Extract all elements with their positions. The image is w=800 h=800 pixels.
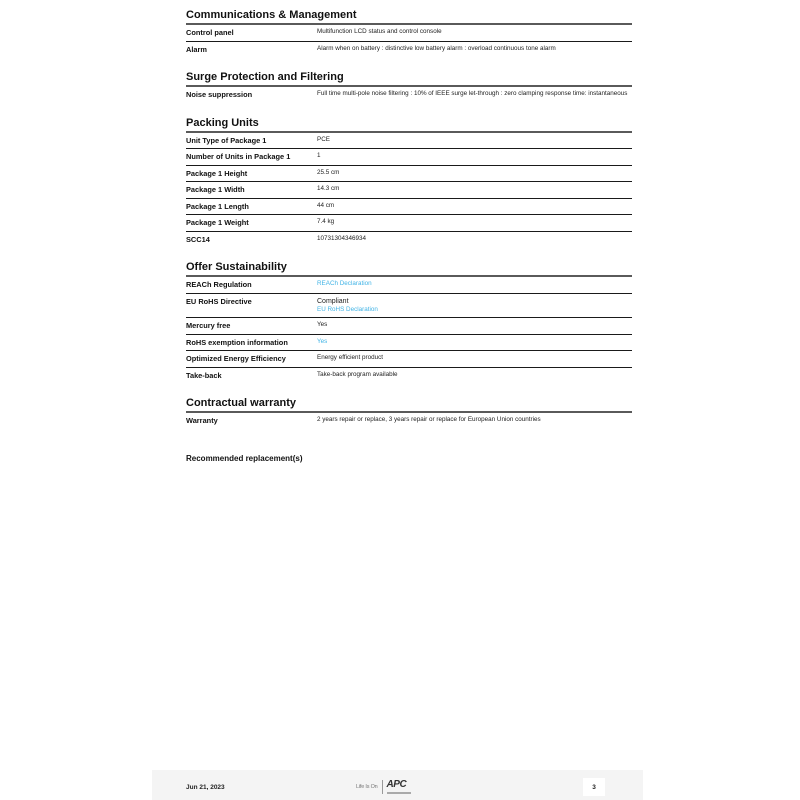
spec-value: Multifunction LCD status and control con… [317, 28, 632, 40]
section-title: Offer Sustainability [186, 261, 632, 277]
spec-label: EU RoHS Directive [186, 297, 317, 307]
spec-row-rohs-exemption: RoHS exemption information Yes [186, 335, 632, 352]
spec-row-package-weight: Package 1 Weight 7.4 kg [186, 215, 632, 232]
section-offer-sustainability: Offer Sustainability REACh Regulation RE… [186, 261, 632, 384]
section-surge-protection: Surge Protection and Filtering Noise sup… [186, 71, 632, 104]
spec-value: Yes [317, 338, 632, 350]
page-number: 3 [583, 778, 605, 796]
spec-label: Control panel [186, 28, 317, 38]
spec-row-warranty: Warranty 2 years repair or replace, 3 ye… [186, 413, 632, 430]
spec-value: 14.3 cm [317, 185, 632, 197]
spec-value: 7.4 kg [317, 218, 632, 230]
section-packing-units: Packing Units Unit Type of Package 1 PCE… [186, 117, 632, 249]
apc-logo: Life Is On APC [356, 778, 411, 796]
spec-value: Full time multi-pole noise filtering : 1… [317, 90, 632, 102]
footer-date: Jun 21, 2023 [186, 784, 225, 791]
spec-value: 1 [317, 152, 632, 164]
section-title: Communications & Management [186, 9, 632, 25]
spec-value: 10731304346934 [317, 235, 632, 247]
spec-row-take-back: Take-back Take-back program available [186, 368, 632, 385]
spec-label: Package 1 Height [186, 169, 317, 179]
spec-row-package-height: Package 1 Height 25.5 cm [186, 166, 632, 183]
spec-row-package-width: Package 1 Width 14.3 cm [186, 182, 632, 199]
spec-row-unit-type: Unit Type of Package 1 PCE [186, 133, 632, 150]
apc-brand-mark: APC [383, 780, 411, 794]
spec-label: Number of Units in Package 1 [186, 152, 317, 162]
spec-label: Noise suppression [186, 90, 317, 100]
spec-label: Take-back [186, 371, 317, 381]
spec-row-noise-suppression: Noise suppression Full time multi-pole n… [186, 87, 632, 104]
recommended-replacements-heading: Recommended replacement(s) [186, 454, 632, 463]
spec-value: PCE [317, 136, 632, 148]
spec-value: 25.5 cm [317, 169, 632, 181]
section-title: Contractual warranty [186, 397, 632, 413]
page-footer: Jun 21, 2023 Life Is On APC 3 [152, 770, 643, 800]
spec-label: RoHS exemption information [186, 338, 317, 348]
spec-value: REACh Declaration [317, 280, 632, 292]
spec-row-alarm: Alarm Alarm when on battery : distinctiv… [186, 42, 632, 59]
section-title: Packing Units [186, 117, 632, 133]
section-contractual-warranty: Contractual warranty Warranty 2 years re… [186, 397, 632, 430]
reach-declaration-link[interactable]: REACh Declaration [317, 280, 632, 289]
spec-label: REACh Regulation [186, 280, 317, 290]
spec-label: Alarm [186, 45, 317, 55]
spec-label: SCC14 [186, 235, 317, 245]
spec-label: Unit Type of Package 1 [186, 136, 317, 146]
eu-rohs-declaration-link[interactable]: EU RoHS Declaration [317, 306, 632, 315]
spec-row-number-of-units: Number of Units in Package 1 1 [186, 149, 632, 166]
spec-value: Energy efficient product [317, 354, 632, 366]
schneider-electric-subline-icon [387, 792, 411, 794]
spec-label: Package 1 Length [186, 202, 317, 212]
spec-label: Package 1 Width [186, 185, 317, 195]
spec-value: Take-back program available [317, 371, 632, 383]
datasheet-content: Communications & Management Control pane… [186, 9, 632, 463]
spec-value: Compliant EU RoHS Declaration [317, 297, 632, 318]
section-title: Surge Protection and Filtering [186, 71, 632, 87]
spec-label: Package 1 Weight [186, 218, 317, 228]
spec-value: Alarm when on battery : distinctive low … [317, 45, 632, 57]
apc-brand-name: APC [387, 780, 407, 790]
spec-label: Optimized Energy Efficiency [186, 354, 317, 364]
spec-row-scc14: SCC14 10731304346934 [186, 232, 632, 249]
life-is-on-tagline: Life Is On [356, 780, 383, 794]
spec-row-mercury-free: Mercury free Yes [186, 318, 632, 335]
spec-row-package-length: Package 1 Length 44 cm [186, 199, 632, 216]
spec-label: Mercury free [186, 321, 317, 331]
rohs-exemption-link[interactable]: Yes [317, 338, 632, 347]
spec-row-energy-efficiency: Optimized Energy Efficiency Energy effic… [186, 351, 632, 368]
spec-value: Yes [317, 321, 632, 333]
spec-row-control-panel: Control panel Multifunction LCD status a… [186, 25, 632, 42]
spec-row-reach-regulation: REACh Regulation REACh Declaration [186, 277, 632, 294]
spec-value: 2 years repair or replace, 3 years repai… [317, 416, 632, 428]
spec-row-eu-rohs-directive: EU RoHS Directive Compliant EU RoHS Decl… [186, 294, 632, 319]
spec-label: Warranty [186, 416, 317, 426]
rohs-compliance-status: Compliant [317, 297, 632, 306]
section-communications-management: Communications & Management Control pane… [186, 9, 632, 58]
spec-value: 44 cm [317, 202, 632, 214]
